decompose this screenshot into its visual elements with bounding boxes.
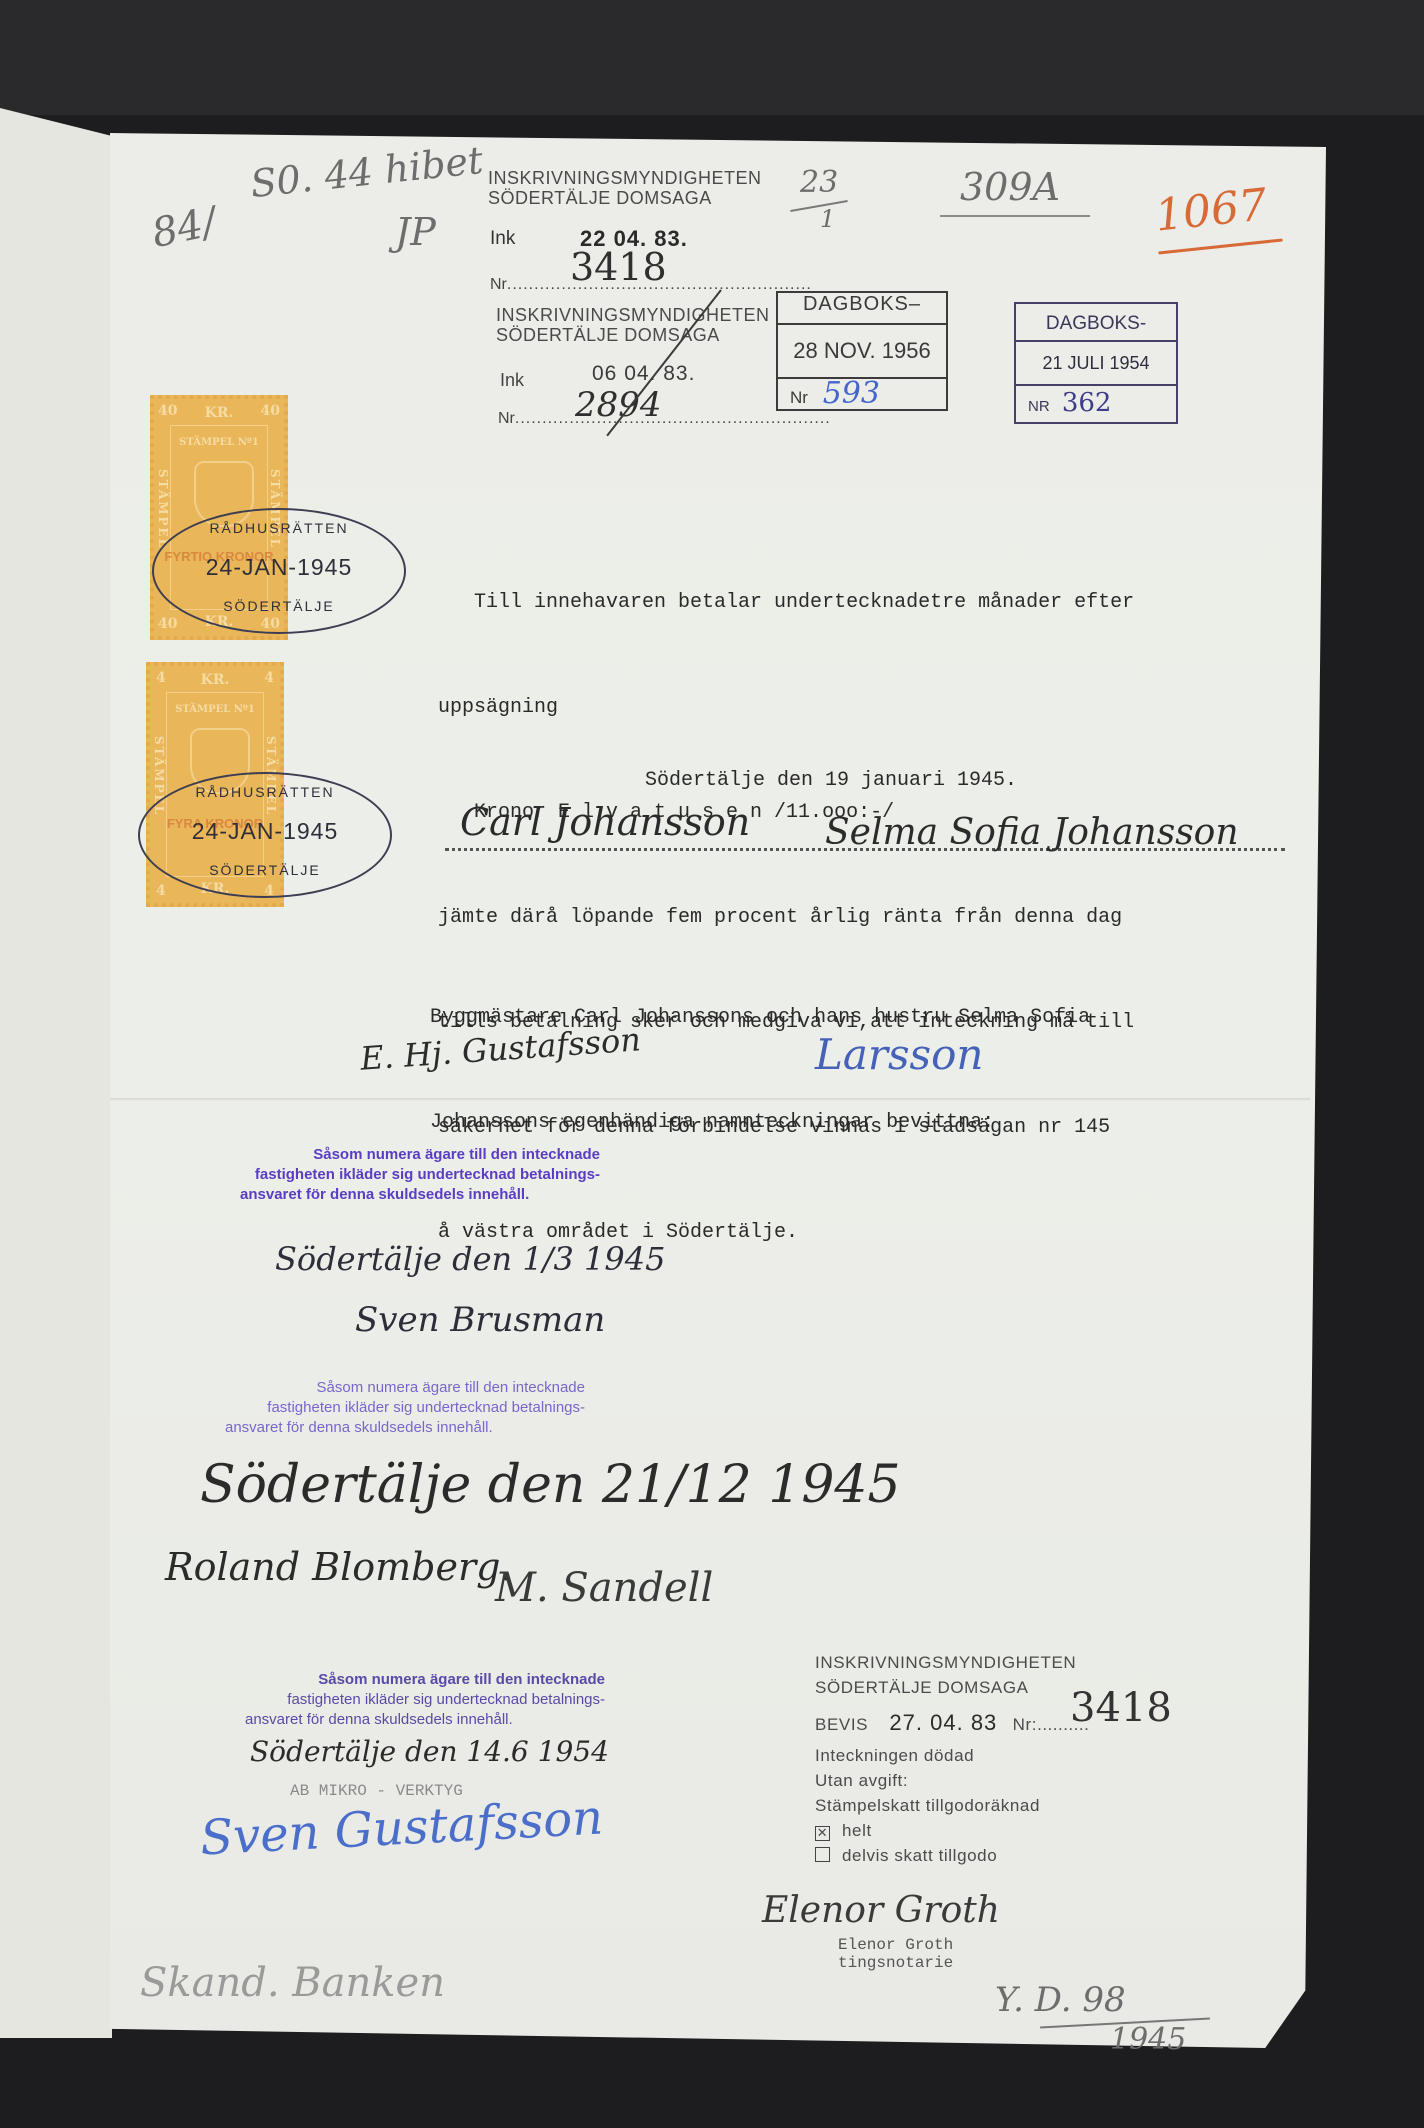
ink-label-2: Ink xyxy=(500,370,524,391)
nr-label-2: Nr......................................… xyxy=(498,410,831,428)
cancellation-stamp-1: RÅDHUSRÄTTEN 24-JAN-1945 SÖDERTÄLJE xyxy=(152,508,406,634)
transfer-1-place-date: Södertälje den 1/3 1945 xyxy=(275,1240,665,1278)
register-reference: Y. D. 98 xyxy=(995,1980,1126,2020)
bevis-stamp: INSKRIVNINGSMYNDIGHETEN SÖDERTÄLJE DOMSA… xyxy=(815,1650,1089,1868)
ink-date-2: 06 04. 83. xyxy=(592,362,695,386)
dagbok-nr-value: 362 xyxy=(1062,388,1112,418)
bevis-authority: INSKRIVNINGSMYNDIGHETEN xyxy=(815,1650,1089,1675)
bevis-typed-signatory: Elenor Groth tingsnotarie xyxy=(838,1936,953,1972)
dagbok-title: DAGBOKS– xyxy=(778,293,946,325)
stamp-title: STÄMPEL Nº1 xyxy=(150,704,280,715)
bevis-fee: Utan avgift: xyxy=(815,1768,1089,1793)
body-line: uppsägning xyxy=(438,690,1134,725)
option-full-label: helt xyxy=(842,1821,872,1840)
pencil-fraction-denominator: 1 xyxy=(820,205,835,233)
transfer-2-signature-2: M. Sandell xyxy=(495,1565,713,1611)
stamp-title: STÄMPEL Nº1 xyxy=(154,437,284,448)
typed-name: Elenor Groth xyxy=(838,1936,953,1954)
pencil-initials: JP xyxy=(395,210,436,254)
transfer-2-signature-1: Roland Blomberg. xyxy=(165,1545,513,1589)
dagbok-date: 28 NOV. 1956 xyxy=(778,325,946,379)
dagbok-nr-row: NR 362 xyxy=(1016,386,1176,420)
transfer-3-place-date: Södertälje den 14.6 1954 xyxy=(250,1735,609,1768)
bevis-signature: Elenor Groth xyxy=(762,1890,1000,1931)
bevis-date: 27. 04. 83 xyxy=(889,1710,997,1735)
dark-background xyxy=(0,0,1424,115)
dagbok-nr-value: 593 xyxy=(823,376,880,411)
checkbox-checked-icon: ✕ xyxy=(815,1826,830,1841)
option-partial-row: delvis skatt tillgodo xyxy=(815,1843,1089,1868)
place-and-date: Södertälje den 19 januari 1945. xyxy=(645,763,1017,798)
signature-selma-sofia-johansson: Selma Sofia Johansson xyxy=(825,812,1239,853)
nr-value-1: 3418 xyxy=(570,245,667,289)
dagbok-stamp-2: DAGBOKS- 21 JULI 1954 NR 362 xyxy=(1014,302,1178,424)
dagbok-title: DAGBOKS- xyxy=(1016,304,1176,342)
pencil-ref-309a: 309A xyxy=(960,165,1060,209)
registry-authority: INSKRIVNINGSMYNDIGHETEN xyxy=(496,305,770,325)
pencil-underline xyxy=(940,215,1090,217)
bevis-nr-label: Nr: xyxy=(1013,1715,1037,1734)
bevis-label: BEVIS xyxy=(815,1715,868,1734)
registry-stamp-2: INSKRIVNINGSMYNDIGHETEN SÖDERTÄLJE DOMSA… xyxy=(496,305,770,345)
registry-authority: INSKRIVNINGSMYNDIGHETEN xyxy=(488,168,762,188)
transfer-stamp-2: Såsom numera ägare till den intecknade f… xyxy=(225,1378,585,1438)
dagbok-nr-label: Nr xyxy=(790,388,808,407)
kr-label: KR. xyxy=(150,672,280,688)
signature-carl-johansson: Carl Johansson xyxy=(460,800,750,844)
body-line: Till innehavaren betalar undertecknadetr… xyxy=(438,585,1134,620)
registry-district: SÖDERTÄLJE DOMSAGA xyxy=(496,325,770,345)
checkbox-empty-icon xyxy=(815,1847,830,1862)
witness-signature-2: Larsson xyxy=(815,1030,983,1079)
bevis-tax-label: Stämpelskatt tillgodoräknad xyxy=(815,1793,1089,1818)
register-year: 1945 xyxy=(1110,2022,1186,2057)
bevis-row: BEVIS 27. 04. 83 Nr:.......... xyxy=(815,1710,1089,1737)
bevis-nr-value: 3418 xyxy=(1070,1685,1172,1731)
ink-label-1: Ink xyxy=(490,228,515,250)
dagbok-nr-label: NR xyxy=(1028,398,1050,415)
transfer-stamp-3: Såsom numera ägare till den intecknade f… xyxy=(245,1670,605,1730)
cancellation-stamp-2: RÅDHUSRÄTTEN 24-JAN-1945 SÖDERTÄLJE xyxy=(138,772,392,898)
pencil-fraction-numerator: 23 xyxy=(800,165,838,200)
dagbok-stamp-1: DAGBOKS– 28 NOV. 1956 Nr 593 xyxy=(776,291,948,411)
option-partial-label: delvis skatt tillgodo xyxy=(842,1846,997,1865)
side-text: STÄMPEL xyxy=(156,469,170,549)
bevis-status: Inteckningen dödad xyxy=(815,1743,1089,1768)
transfer-1-signature: Sven Brusman xyxy=(355,1300,605,1340)
dagbok-nr-row: Nr 593 xyxy=(778,379,946,409)
option-full-row: ✕helt xyxy=(815,1818,1089,1843)
registry-stamp-1: INSKRIVNINGSMYNDIGHETEN SÖDERTÄLJE DOMSA… xyxy=(488,168,762,208)
typed-title: tingsnotarie xyxy=(838,1954,953,1972)
pencil-bank-signature: Skand. Banken xyxy=(140,1960,445,2006)
transfer-stamp-1: Såsom numera ägare till den intecknade f… xyxy=(240,1145,600,1205)
bevis-district: SÖDERTÄLJE DOMSAGA xyxy=(815,1675,1089,1700)
dagbok-date: 21 JULI 1954 xyxy=(1016,342,1176,386)
back-leaf-page xyxy=(0,108,112,2038)
transfer-2-place-date: Södertälje den 21/12 1945 xyxy=(200,1455,901,1515)
kr-label: KR. xyxy=(154,405,284,421)
registry-district: SÖDERTÄLJE DOMSAGA xyxy=(488,188,762,208)
